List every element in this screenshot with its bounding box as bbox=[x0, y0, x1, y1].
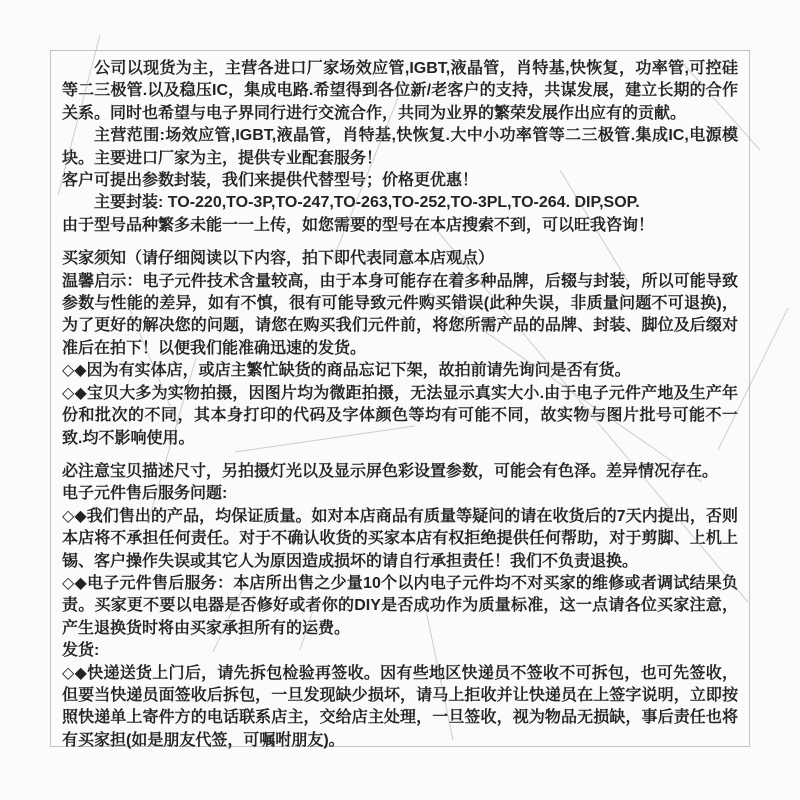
notice-paragraph: 公司以现货为主，主营各进口厂家场效应管,IGBT,液晶管，肖特基,快恢复，功率管… bbox=[62, 58, 738, 125]
notice-paragraph: 客户可提出参数封装，我们来提供代替型号；价格更优惠！ bbox=[62, 170, 738, 192]
listing-notice-page: 公司以现货为主，主营各进口厂家场效应管,IGBT,液晶管，肖特基,快恢复，功率管… bbox=[0, 0, 800, 800]
notice-paragraph: 发货: bbox=[62, 640, 738, 662]
notice-paragraph: ◇◆我们售出的产品，均保证质量。如对本店商品有质量等疑问的请在收货后的7天内提出… bbox=[62, 506, 738, 573]
notice-paragraph: ◇◆电子元件售后服务：本店所出售之少量10个以内电子元件均不对买家的维修或者调试… bbox=[62, 573, 738, 640]
notice-paragraph: 温馨启示：电子元件技术含量较高，由于本身可能存在着多种品牌，后辍与封装，所以可能… bbox=[62, 271, 738, 361]
notice-paragraph: 买家须知（请仔细阅读以下内容，拍下即代表同意本店观点） bbox=[62, 248, 738, 270]
notice-paragraph: 主营范围:场效应管,IGBT,液晶管，肖特基,快恢复.大中小功率管等二三极管.集… bbox=[62, 125, 738, 170]
notice-paragraph: ◇◆宝贝大多为实物拍摄，因图片均为微距拍摄，无法显示真实大小.由于电子元件产地及… bbox=[62, 383, 738, 450]
notice-paragraph: ◇◆快递送货上门后，请先拆包检验再签收。因有些地区快递员不签收不可拆包，也可先签… bbox=[62, 663, 738, 753]
notice-paragraph: ◇◆因为有实体店，或店主繁忙缺货的商品忘记下架，故拍前请先询问是否有货。 bbox=[62, 360, 738, 382]
notice-paragraph: 必注意宝贝描述尺寸，另拍摄灯光以及显示屏色彩设置参数，可能会有色泽。差异情况存在… bbox=[62, 461, 738, 483]
notice-paragraph: 由于型号品种繁多未能一一上传，如您需要的型号在本店搜索不到，可以旺我咨询！ bbox=[62, 215, 738, 237]
notice-paragraph: 电子元件售后服务问题: bbox=[62, 483, 738, 505]
notice-body: 公司以现货为主，主营各进口厂家场效应管,IGBT,液晶管，肖特基,快恢复，功率管… bbox=[51, 51, 749, 752]
notice-paragraph: 主要封装: TO-220,TO-3P,TO-247,TO-263,TO-252,… bbox=[62, 192, 738, 214]
notice-panel: 公司以现货为主，主营各进口厂家场效应管,IGBT,液晶管，肖特基,快恢复，功率管… bbox=[50, 50, 750, 747]
